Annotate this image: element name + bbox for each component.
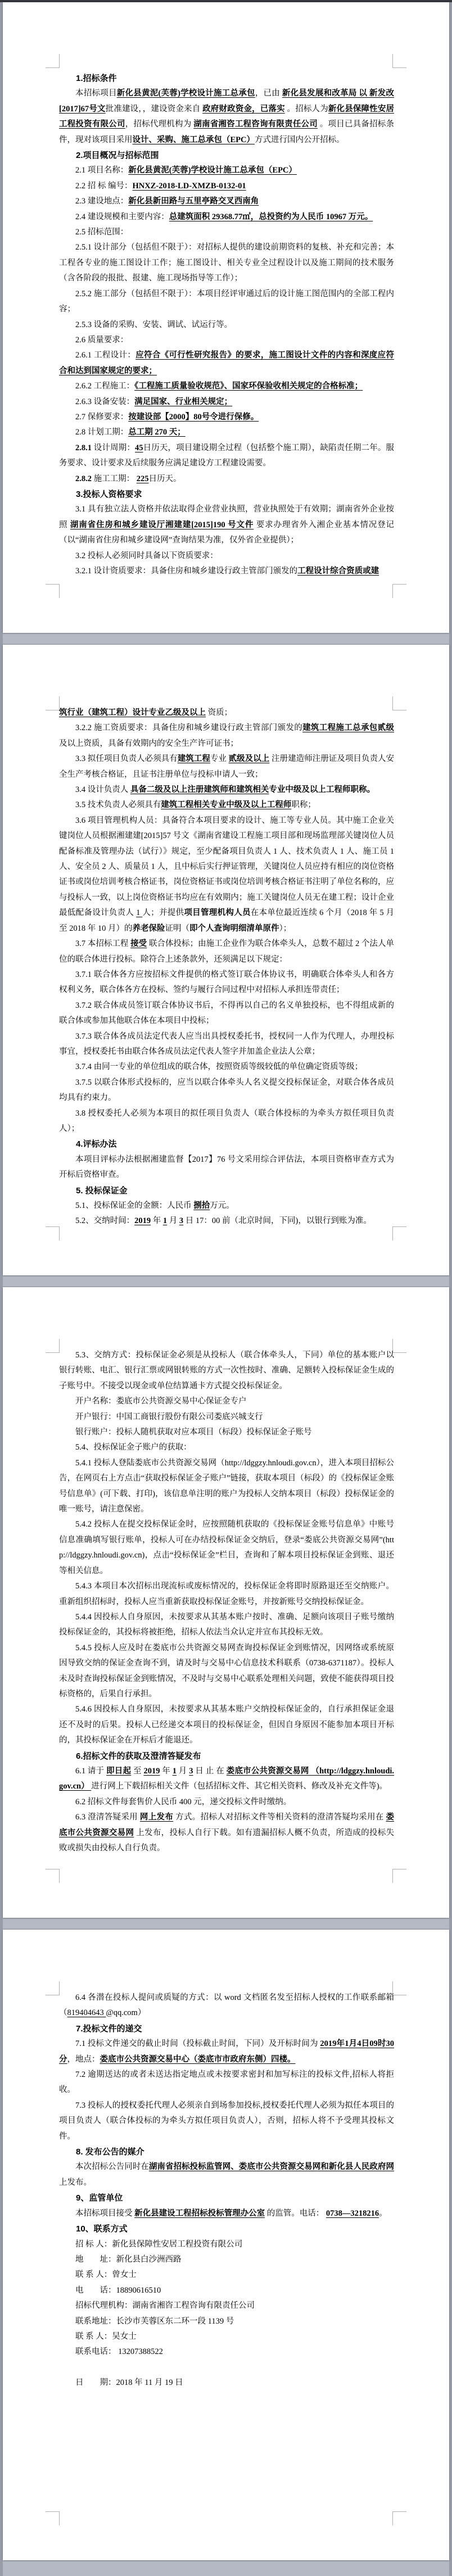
paragraph: 3.3 拟任项目负责人必须具有建筑工程专业 贰级及以上 注册建造师注册证及项目负…: [59, 751, 394, 782]
paragraph: 联系电话： 13207388522: [59, 2344, 394, 2360]
paragraph: 3.8 授权委托人必须为本项目的拟任项目负责人（联合体投标的为牵头方拟任项目负责…: [59, 1106, 394, 1137]
paragraph: 2.8.2 施工工期： 225日历天。: [59, 472, 394, 487]
paragraph: 3.6 项目管理机构人员：具备符合本项目要求的设计、施工等专业人员。其中施工企业…: [59, 813, 394, 936]
paragraph: 2.3 建设地点：新化县新田路与五里亭路交叉西南角: [59, 194, 394, 209]
paragraph: 2.6.1 工程设计：应符合《可行性研究报告》的要求，施工图设计文件的内容和深度…: [59, 348, 394, 379]
paragraph: 联系地址：长沙市芙蓉区东二环一段 1139 号: [59, 2314, 394, 2329]
paragraph: 5.4.3 本项目本次招标出现流标或废标情况的，投标保证金将即时原路退还至交纳账…: [59, 1579, 394, 1610]
paragraph: 2.5.3 设备的采购、安装、调试、试运行等。: [59, 318, 394, 333]
margin-cropmark-bottom-left: [46, 2511, 60, 2525]
section-heading: 7.投标文件的递交: [59, 2021, 394, 2036]
paragraph: 开户名称：娄底市公共资源交易中心保证金专户: [59, 1394, 394, 1409]
paragraph: 地 址：新化县白沙洲西路: [59, 2252, 394, 2267]
section-heading: 1.招标条件: [59, 71, 394, 86]
paragraph: 2.1 项目名称：新化县黄泥(芙蓉)学校设计施工总承包（EPC）: [59, 163, 394, 178]
margin-cropmark-top-right: [392, 1981, 406, 1995]
paragraph: 2.5.1 设计部分（包括但不限于）：对招标人提供的建设前期资料的复核、补充和完…: [59, 240, 394, 286]
paragraph: 3.4 设计负责人 具备二级及以上注册建筑师和建筑相关专业中级及以上工程师职称。: [59, 782, 394, 798]
margin-cropmark-bottom-right: [392, 2511, 406, 2525]
paragraph: 7.2 逾期送达的或者未送达指定地点或未按要求密封和加写标注的投标文件,招标人将…: [59, 2067, 394, 2098]
margin-cropmark-top-right: [392, 696, 406, 710]
paragraph: 2.2 招 标 编号：HNXZ-2018-LD-XMZB-0132-01: [59, 179, 394, 194]
page-3: 5.3、交纳方式：投标保证金必须是从投标人（联合体牵头人，下同）单位的基本账户以…: [3, 1287, 449, 1918]
paragraph: 本招标项目新化县黄泥(芙蓉)学校设计施工总承包，已由 新化县发展和改革局 以 新…: [59, 86, 394, 148]
page-4-content: 6.4 各潜在投标人提问或质疑的方式：以 word 文档匿名发至招标人授权的工作…: [59, 1990, 394, 2391]
paragraph: 3.2.1 设计资质要求：具备住房和城乡建设行政主管部门颁发的工程设计综合资质或…: [59, 564, 394, 579]
margin-cropmark-top-right: [392, 54, 406, 68]
paragraph: 3.7.3 联合体各成员法定代表人应当出具授权委托书，授权同一人作为代理人，办理…: [59, 1029, 394, 1060]
paragraph: 2.8 计划工期：总工期 270 天；: [59, 425, 394, 440]
margin-cropmark-bottom-right: [392, 1869, 406, 1883]
blank-line: [59, 2360, 394, 2375]
section-heading: 5. 投标保证金: [59, 1183, 394, 1198]
paragraph: 本项目评标办法根据湘建监督【2017】76 号文采用综合评估法，本项目资格审查方…: [59, 1152, 394, 1183]
paragraph: 5.4.2 投标人在提交投标保证金时，应按照随机获取的《投标保证金账号信息单》中…: [59, 1517, 394, 1579]
paragraph: 招 标 人：新化县保障性安居工程投资有限公司: [59, 2237, 394, 2252]
paragraph: 6.4 各潜在投标人提问或质疑的方式：以 word 文档匿名发至招标人授权的工作…: [59, 1990, 394, 2021]
paragraph: 招标代理机构：湖南省湘咨工程咨询有限责任公司: [59, 2298, 394, 2314]
paragraph: 3.7.2 联合体成员签订联合体协议书后，不得再以自己的名义单独投标，也不得组成…: [59, 998, 394, 1029]
paragraph: 电 话：18890616510: [59, 2283, 394, 2298]
paragraph: 5.4.5 投标人应及时在娄底市公共资源交易网查询投标保证金到账情况，因网络或系…: [59, 1641, 394, 1703]
section-heading: 8. 发布公告的媒介: [59, 2144, 394, 2160]
paragraph: 6.1 请于 即日起 至 2019 年 1 月 3 日 止 在 娄底市公共资源交…: [59, 1764, 394, 1795]
paragraph: 7.1 投标文件递交的截止时间（投标截止时间，下同）及开标时间为 2019年1月…: [59, 2036, 394, 2067]
margin-cropmark-bottom-left: [46, 584, 60, 598]
margin-cropmark-bottom-left: [46, 1226, 60, 1241]
margin-cropmark-top-left: [46, 1339, 60, 1353]
paragraph: 日 期：2018 年 11 月 19 日: [59, 2375, 394, 2391]
paragraph: 7.3 投标人的授权委托代理人必须亲自到场参加投标,授权委托代理人必须为拟任本项…: [59, 2098, 394, 2144]
paragraph: 本次招标公告同时在湖南省招标投标监管网、娄底市公共资源交易网和新化县人民政府网上…: [59, 2160, 394, 2190]
margin-cropmark-bottom-right: [392, 1226, 406, 1241]
margin-cropmark-top-left: [46, 696, 60, 710]
paragraph: 2.6.2 工程施工：《工程施工质量验收规范》、国家环保验收相关规定的合格标准；: [59, 379, 394, 394]
paragraph: 6.2 招标文件每套售价人民币 400 元，递交投标文件时缴纳。: [59, 1795, 394, 1810]
paragraph: 筑行业（建筑工程）设计专业乙级及以上 资质；: [59, 705, 394, 721]
paragraph: 2.5 招标范围：: [59, 225, 394, 240]
paragraph: 3.7 本招标工程 接受 联合体投标；由施工企业作为联合体牵头人，总数不超过 2…: [59, 936, 394, 967]
paragraph: 3.5 技术负责人必须具有建筑工程相关专业中级及以上工程师职称；: [59, 798, 394, 813]
paragraph: 5.4.1 投标人登陆娄底市公共资源交易网（http://ldggzy.hnlo…: [59, 1456, 394, 1518]
page-2-content: 筑行业（建筑工程）设计专业乙级及以上 资质；3.2.2 施工资质要求：具备住房和…: [59, 705, 394, 1229]
section-heading: 2.项目概况与招标范围: [59, 148, 394, 163]
paragraph: 联 系 人：曾女士: [59, 2267, 394, 2283]
section-heading: 4.评标办法: [59, 1137, 394, 1152]
margin-cropmark-top-left: [46, 54, 60, 68]
paragraph: 2.4 建设规模和主要内容：总建筑面积 29368.77㎡，总投资约为人民币 1…: [59, 210, 394, 225]
paragraph: 3.7.5 以联合体形式投标的，应当以联合体牵头人名义提交投标保证金，对联合体各…: [59, 1075, 394, 1106]
margin-cropmark-bottom-right: [392, 584, 406, 598]
paragraph: 2.5.2 施工部分（包括但不限于）：本项目经评审通过后的设计施工图范围内的全部…: [59, 287, 394, 318]
paragraph: 3.2 投标人必须同时具备以下资质要求：: [59, 549, 394, 564]
paragraph: 2.6.3 设备安装：满足国家、行业相关规定；: [59, 395, 394, 410]
paragraph: 3.2.2 施工资质要求：具备住房和城乡建设行政主管部门颁发的建筑工程施工总承包…: [59, 721, 394, 751]
paragraph: 开户银行：中国工商银行股份有限公司娄底兴城支行: [59, 1410, 394, 1425]
page-2: 筑行业（建筑工程）设计专业乙级及以上 资质；3.2.2 施工资质要求：具备住房和…: [3, 645, 449, 1275]
margin-cropmark-bottom-left: [46, 1869, 60, 1883]
section-heading: 9、监管单位: [59, 2190, 394, 2206]
paragraph: 5.2、交纳时间：2019 年 1 月 3 日 17：00 前（北京时间，下同)…: [59, 1214, 394, 1229]
paragraph: 3.7.4 由同一专业的单位组成的联合体，按照资质等级较低的单位确定资质等级；: [59, 1060, 394, 1075]
paragraph: 5.3、交纳方式：投标保证金必须是从投标人（联合体牵头人，下同）单位的基本账户以…: [59, 1348, 394, 1394]
page-1: 1.招标条件本招标项目新化县黄泥(芙蓉)学校设计施工总承包，已由 新化县发展和改…: [3, 2, 449, 633]
page-4: 6.4 各潜在投标人提问或质疑的方式：以 word 文档匿名发至招标人授权的工作…: [3, 1930, 449, 2560]
paragraph: 本招标项目接受 新化县建设工程招标投标管理办公室 的监管。电话： 0738—32…: [59, 2206, 394, 2221]
margin-cropmark-top-right: [392, 1339, 406, 1353]
paragraph: 5.4、投标保证金子账户的获取：: [59, 1440, 394, 1455]
page-1-content: 1.招标条件本招标项目新化县黄泥(芙蓉)学校设计施工总承包，已由 新化县发展和改…: [59, 71, 394, 579]
paragraph: 3.1 具有独立法人资格并依法取得企业营业执照，营业执照处于有效期；湖南省外企业…: [59, 502, 394, 548]
page-3-content: 5.3、交纳方式：投标保证金必须是从投标人（联合体牵头人，下同）单位的基本账户以…: [59, 1348, 394, 1856]
section-heading: 10、联系方式: [59, 2221, 394, 2237]
paragraph: 5.4.4 因投标人自身原因，未按要求从其基本账户按时、准确、足额向该项目子账号…: [59, 1610, 394, 1641]
paragraph: 5.1、投标保证金的金额：人民币 捌拾万元。: [59, 1198, 394, 1214]
paragraph: 联 系 人：吴女士: [59, 2329, 394, 2344]
paragraph: 2.6 质量要求：: [59, 333, 394, 348]
paragraph: 6.3 澄清答疑采用 网上发布 方式。招标人对招标文件等相关资料的澄清答疑均采用…: [59, 1810, 394, 1856]
paragraph: 2.7 保修要求：按建设部【2000】80号令进行保修。: [59, 410, 394, 425]
section-heading: 3.投标人资格要求: [59, 487, 394, 502]
paragraph: 银行账户：投标人随机获取对应本项目（标段）投标保证金子账号: [59, 1425, 394, 1440]
section-heading: 6.招标文件的获取及澄清答疑发布: [59, 1749, 394, 1764]
document-workspace: 1.招标条件本招标项目新化县黄泥(芙蓉)学校设计施工总承包，已由 新化县发展和改…: [0, 2, 452, 2560]
paragraph: 3.7.1 联合体各方应按招标文件提供的格式签订联合体协议书，明确联合体牵头人和…: [59, 967, 394, 998]
paragraph: 5.4.6 因投标人自身原因，未按要求从其基本账户交纳投标保证金的，自行承担保证…: [59, 1702, 394, 1748]
paragraph: 2.8.1 设计周期：45日历天，项目建设期全过程（包括整个施工期），缺陷责任期…: [59, 441, 394, 472]
margin-cropmark-top-left: [46, 1981, 60, 1995]
